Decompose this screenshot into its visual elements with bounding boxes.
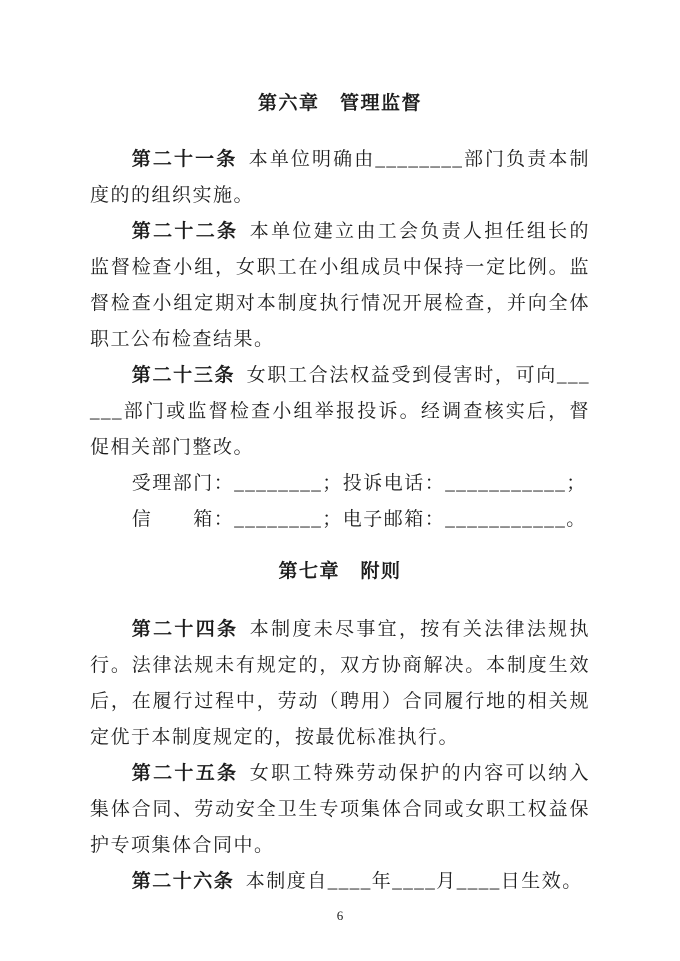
article-22-number: 第二十二条	[132, 221, 239, 242]
article-23-number: 第二十三条	[132, 365, 235, 386]
article-26-paragraph: 第二十六条本制度自____年____月____日生效。	[90, 864, 590, 900]
document-page: 第六章 管理监督 第二十一条本单位明确由________部门负责本制度的的组织实…	[0, 0, 680, 961]
article-21-paragraph: 第二十一条本单位明确由________部门负责本制度的的组织实施。	[90, 142, 590, 214]
article-23-paragraph: 第二十三条女职工合法权益受到侵害时，可向______部门或监督检查小组举报投诉。…	[90, 358, 590, 466]
chapter-6-heading: 第六章 管理监督	[90, 86, 590, 122]
article-24-paragraph: 第二十四条本制度未尽事宜，按有关法律法规执行。法律法规未有规定的，双方协商解决。…	[90, 612, 590, 756]
page-number: 6	[90, 908, 590, 924]
chapter-7-heading: 第七章 附则	[90, 554, 590, 590]
contact-line-department-phone: 受理部门：________；投诉电话：___________；	[90, 466, 590, 502]
article-25-paragraph: 第二十五条女职工特殊劳动保护的内容可以纳入集体合同、劳动安全卫生专项集体合同或女…	[90, 756, 590, 864]
article-21-number: 第二十一条	[132, 149, 238, 170]
article-22-paragraph: 第二十二条本单位建立由工会负责人担任组长的监督检查小组，女职工在小组成员中保持一…	[90, 214, 590, 358]
contact-line-mailbox-email: 信 箱：________；电子邮箱：___________。	[90, 502, 590, 538]
article-24-number: 第二十四条	[132, 619, 239, 640]
article-26-number: 第二十六条	[132, 871, 235, 892]
article-25-number: 第二十五条	[132, 763, 239, 784]
article-26-text: 本制度自____年____月____日生效。	[246, 871, 583, 892]
